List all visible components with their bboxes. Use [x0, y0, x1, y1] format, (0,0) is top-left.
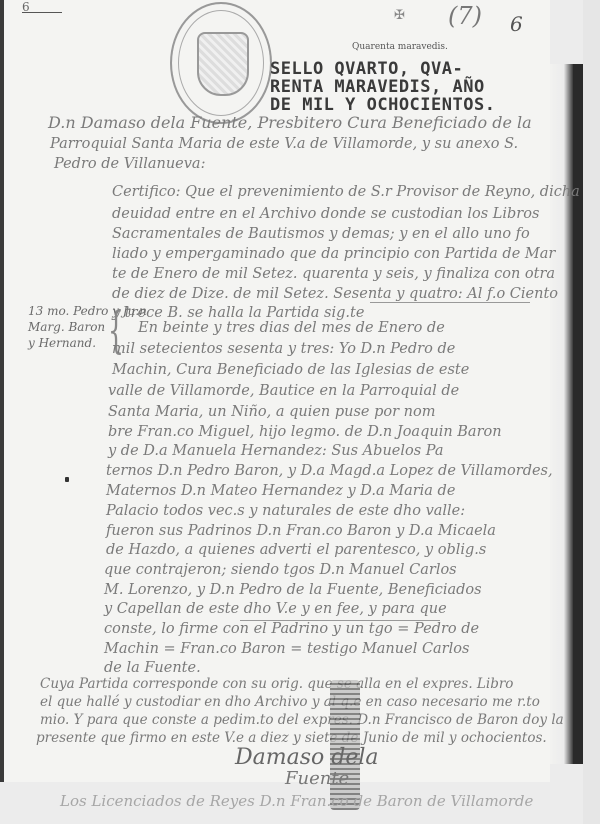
- entry-line: M. Lorenzo, y D.n Pedro de la Fuente, Be…: [104, 582, 482, 598]
- certify-line: y trece B. se halla la Partida sig.te: [112, 305, 364, 321]
- footer-line: Los Licenciados de Reyes D.n Fran.co de …: [60, 792, 533, 810]
- seal-heading-line: RENTA MARAVEDIS, AÑO: [270, 78, 540, 96]
- line-separator: [370, 302, 530, 303]
- header-line: Pedro de Villanueva:: [54, 156, 205, 172]
- closing-line: presente que firmo en este V.e a diez y …: [36, 730, 547, 746]
- certify-line: de diez de Dize. de mil Setez. Sesenta y…: [112, 286, 558, 302]
- margin-note-line: Marg. Baron: [28, 319, 147, 335]
- entry-line: de Hazdo, a quienes adverti el parentesc…: [106, 542, 486, 558]
- entry-line: Palacio todos vec.s y naturales de este …: [106, 503, 465, 519]
- certify-line: deuidad entre en el Archivo donde se cus…: [112, 206, 539, 222]
- closing-line: el que hallé y custodiar en dho Archivo …: [40, 694, 540, 710]
- ink-dot: [65, 477, 69, 482]
- entry-line: Machin = Fran.co Baron = testigo Manuel …: [104, 641, 469, 657]
- signature-surname: Fuente: [285, 768, 349, 789]
- header-line: D.n Damaso dela Fuente, Presbitero Cura …: [48, 113, 532, 132]
- closing-line: Cuya Partida corresponde con su orig. qu…: [40, 676, 513, 692]
- folio-number-secondary: 6: [510, 12, 523, 36]
- certify-line: liado y empergaminado que da principio c…: [112, 246, 555, 262]
- margin-note-line: 13 mo. Pedro y Ju.n: [28, 303, 147, 319]
- entry-line: Maternos D.n Mateo Hernandez y D.a Maria…: [106, 483, 455, 499]
- seal-heading: SELLO QVARTO, QVA- RENTA MARAVEDIS, AÑO …: [270, 60, 540, 114]
- entry-line: Santa Maria, un Niño, a quien puse por n…: [108, 404, 435, 420]
- certify-line: te de Enero de mil Setez. quarenta y sei…: [112, 266, 555, 282]
- entry-line: conste, lo firme con el Padrino y un tgo…: [104, 621, 479, 637]
- scan-right-margin: [583, 0, 600, 824]
- entry-line: que contrajeron; siendo tgos D.n Manuel …: [104, 562, 457, 578]
- entry-line: bre Fran.co Miguel, hijo legmo. de D.n J…: [108, 424, 502, 440]
- entry-line: Machin, Cura Beneficiado de las Iglesias…: [112, 362, 469, 378]
- coat-of-arms-icon: [197, 32, 249, 96]
- cross-icon: ✠: [394, 8, 405, 23]
- entry-line: fueron sus Padrinos D.n Fran.co Baron y …: [106, 523, 496, 539]
- folio-number: (7): [448, 2, 482, 30]
- entry-line: mil setecientos sesenta y tres: Yo D.n P…: [112, 341, 455, 357]
- line-separator: [240, 620, 440, 621]
- entry-line: y de D.a Manuela Hernandez: Sus Abuelos …: [108, 443, 444, 459]
- royal-seal-stamp: [170, 2, 272, 124]
- torn-page-edge: [550, 64, 573, 764]
- entry-line: valle de Villamorde, Bautice en la Parro…: [108, 383, 459, 399]
- closing-line: mio. Y para que conste a pedim.to del ex…: [40, 712, 564, 728]
- entry-line: En beinte y tres dias del mes de Enero d…: [138, 320, 445, 336]
- seal-heading-line: SELLO QVARTO, QVA-: [270, 60, 540, 78]
- corner-mark: 6: [22, 2, 62, 13]
- scan-right-shadow: [573, 64, 583, 764]
- certify-line: Sacramentales de Bautismos y demas; y en…: [112, 226, 530, 242]
- entry-line: ternos D.n Pedro Baron, y D.a Magd.a Lop…: [106, 463, 553, 479]
- entry-line: y Capellan de este dho V.e y en fee, y p…: [104, 601, 447, 617]
- certify-line: Certifico: Que el prevenimiento de S.r P…: [112, 184, 580, 200]
- seal-heading-line: DE MIL Y OCHOCIENTOS.: [270, 96, 540, 114]
- header-line: Parroquial Santa Maria de este V.a de Vi…: [50, 136, 518, 152]
- stamp-price: Quarenta maravedis.: [352, 42, 448, 52]
- signature: Damaso dela: [235, 745, 379, 770]
- entry-line: de la Fuente.: [104, 660, 201, 676]
